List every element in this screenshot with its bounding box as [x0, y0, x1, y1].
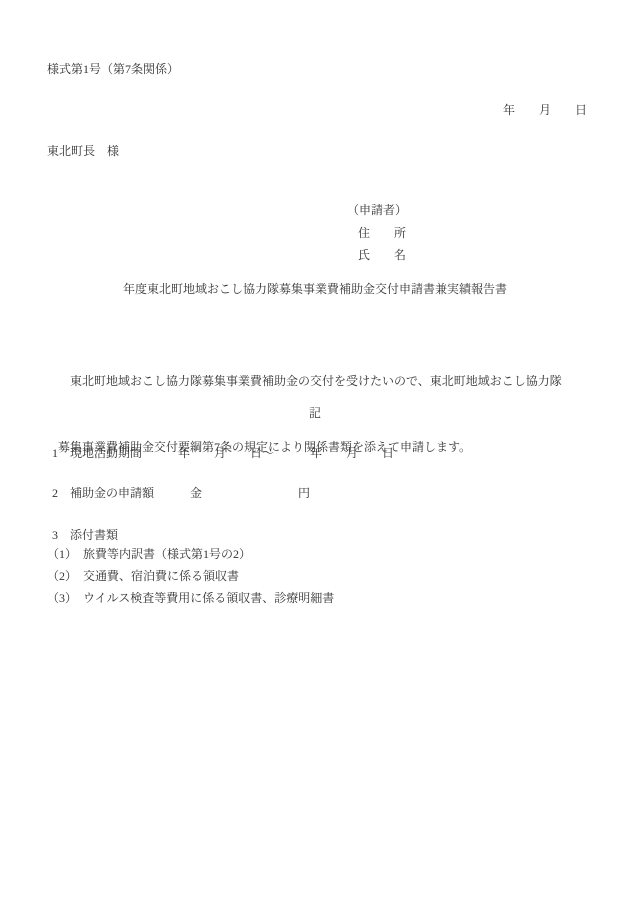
body-line-1: 東北町地域おこし協力隊募集事業費補助金の交付を受けたいので、東北町地域おこし協力… — [58, 370, 562, 392]
note-marker: 記 — [0, 405, 630, 421]
attachment-1: （1） 旅費等内訳書（様式第1号の2） — [47, 546, 251, 562]
attachment-3: （3） ウイルス検査等費用に係る領収書、診療明細書 — [47, 590, 334, 606]
date-line: 年 月 日 — [503, 102, 587, 118]
applicant-label: （申請者） — [347, 202, 407, 218]
applicant-address-label: 住 所 — [358, 225, 406, 241]
document-title: 年度東北町地域おこし協力隊募集事業費補助金交付申請書兼実績報告書 — [0, 281, 630, 297]
item-attachments-heading: 3 添付書類 — [52, 527, 118, 543]
addressee: 東北町長 様 — [47, 143, 119, 159]
form-number: 様式第1号（第7条関係） — [47, 61, 179, 77]
item-subsidy-amount: 2 補助金の申請額 金 円 — [52, 485, 310, 501]
attachment-2: （2） 交通費、宿泊費に係る領収書 — [47, 568, 239, 584]
applicant-name-label: 氏 名 — [358, 247, 406, 263]
item-activity-period: 1 現地活動期間 年 月 日～ 年 月 日 — [52, 445, 394, 461]
document-page: 様式第1号（第7条関係） 年 月 日 東北町長 様 （申請者） 住 所 氏 名 … — [0, 0, 630, 903]
